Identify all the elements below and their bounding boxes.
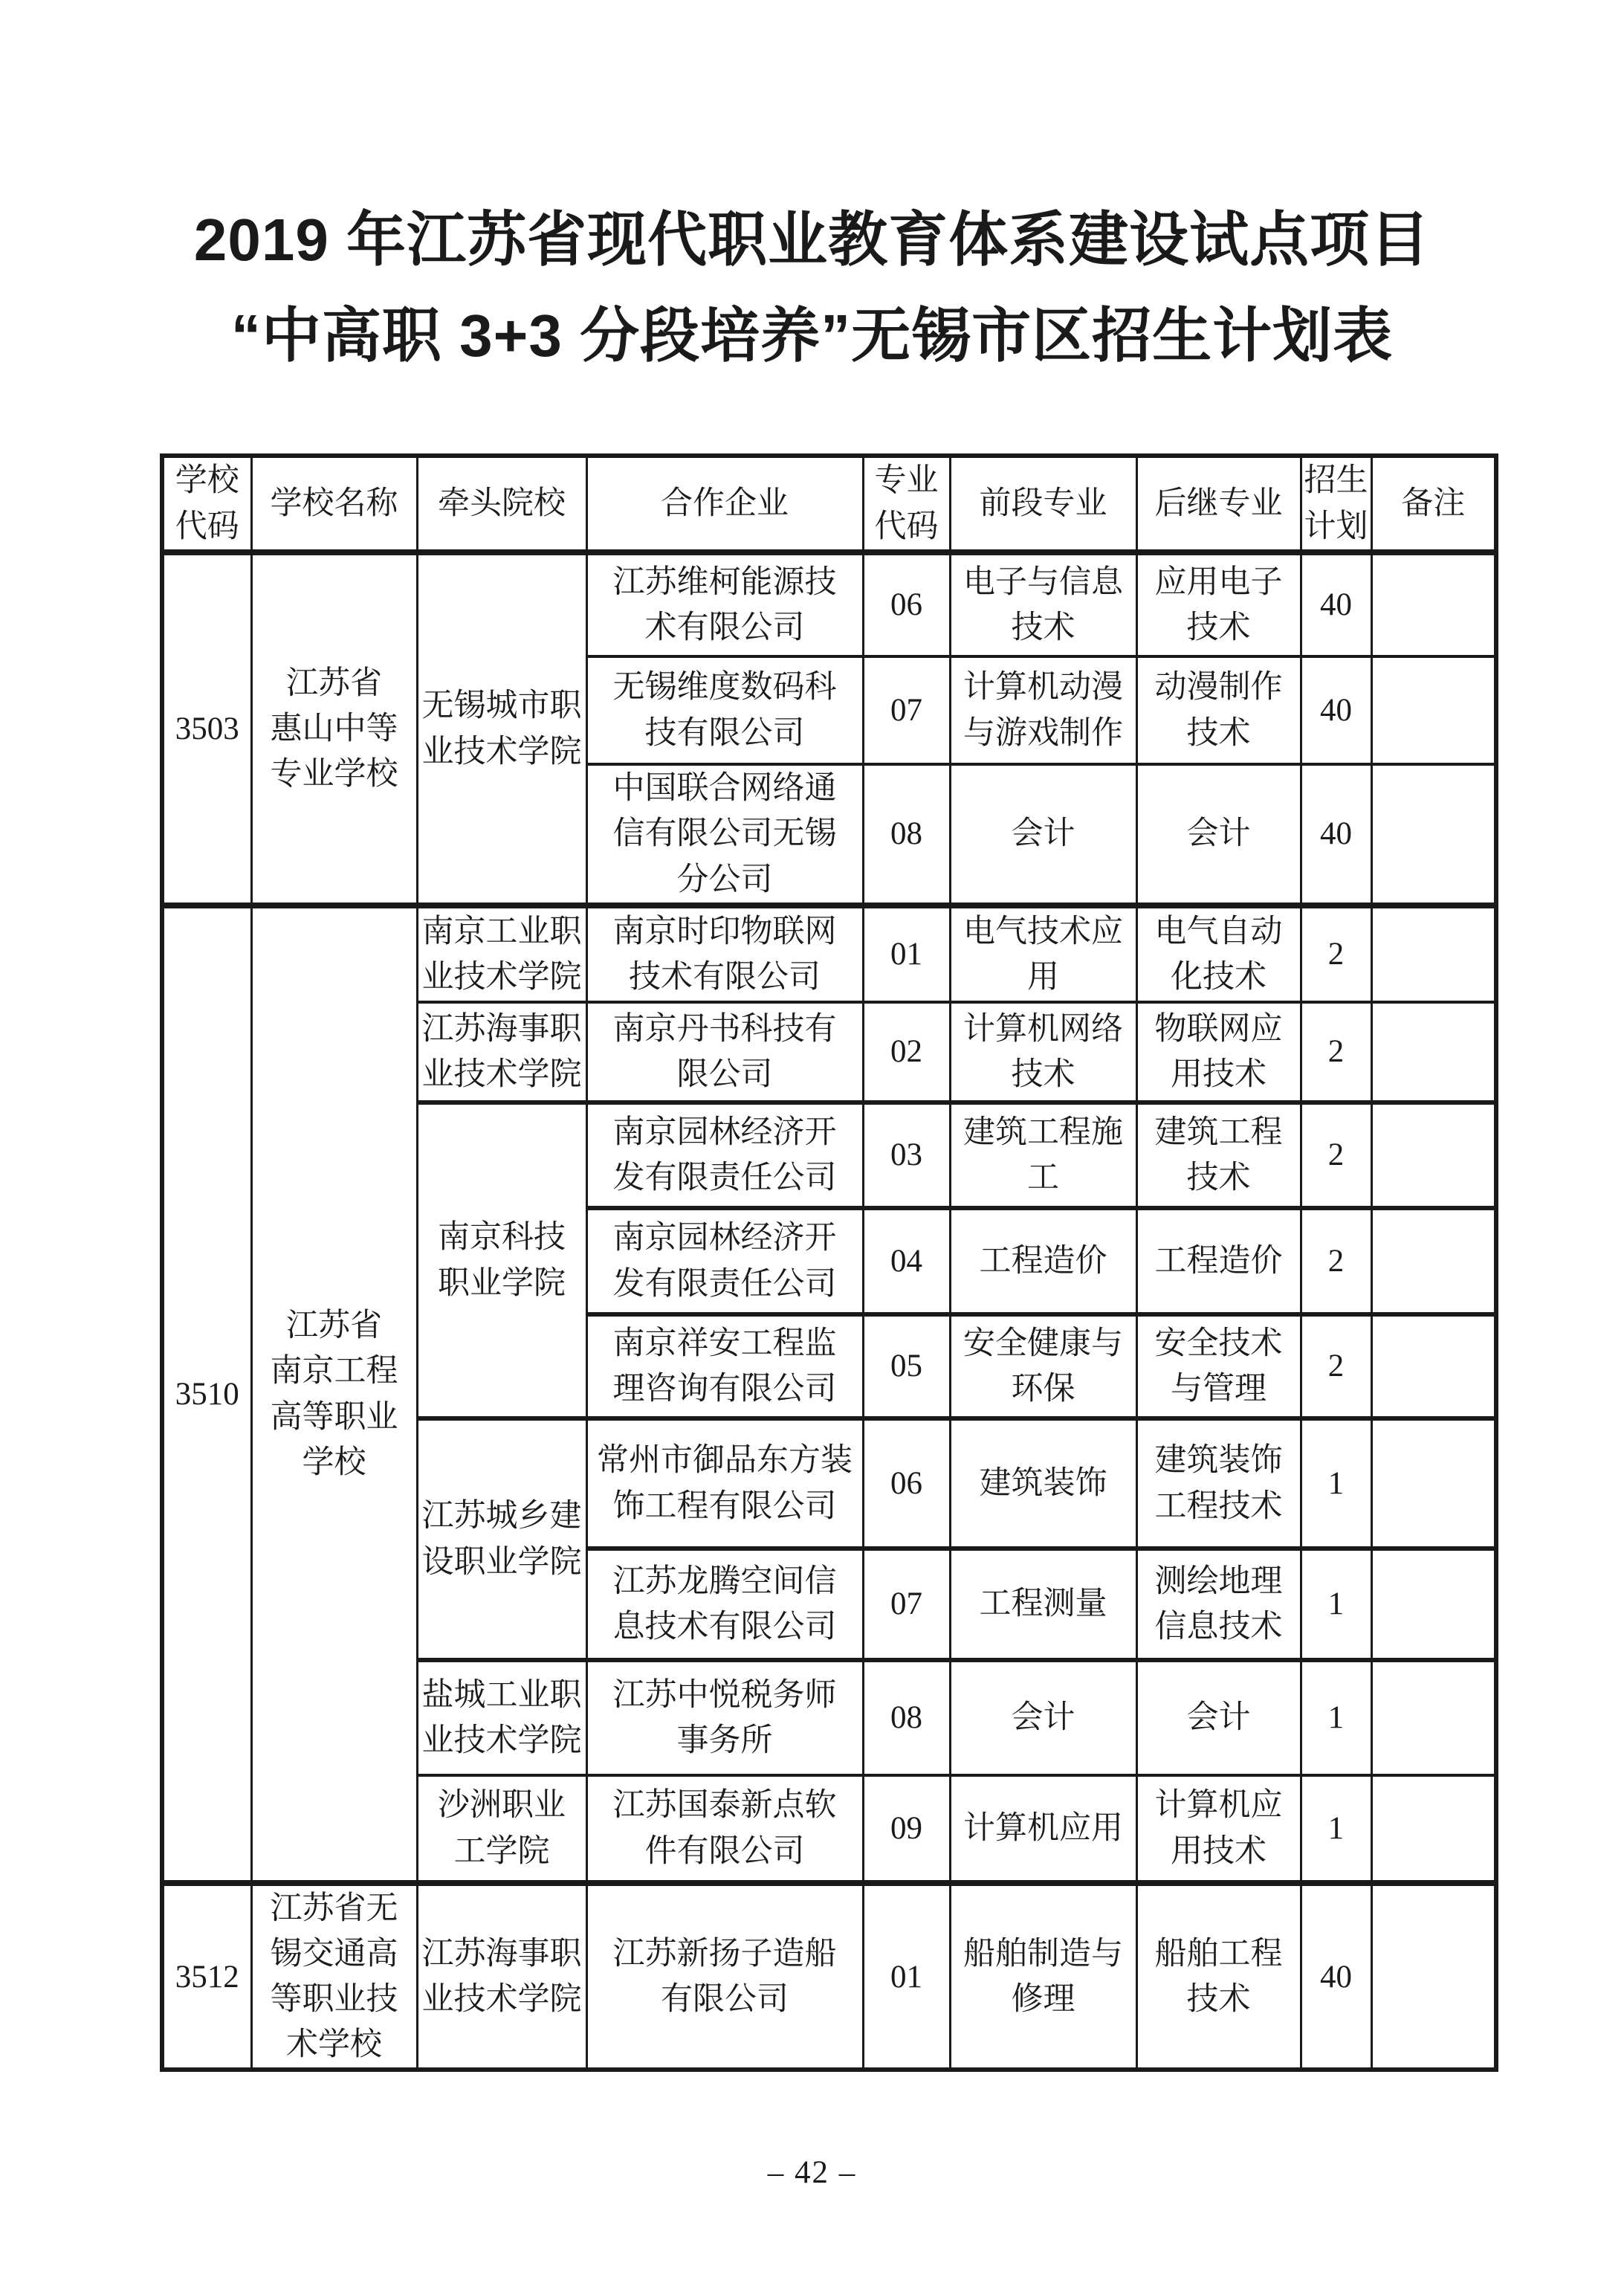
cell-follow-major: 物联网应 用技术: [1136, 1002, 1301, 1102]
cell-company: 常州市御品东方装 饰工程有限公司: [586, 1418, 863, 1549]
cell-school-code: 3503: [162, 552, 251, 905]
cell-lead-college: 江苏海事职 业技术学院: [417, 1883, 586, 2070]
table-header-row: 学校 代码 学校名称 牵头院校 合作企业 专业 代码 前段专业 后继专业 招生 …: [162, 456, 1496, 552]
column-header-major-code: 专业 代码: [863, 456, 950, 552]
cell-company: 南京园林经济开 发有限责任公司: [586, 1102, 863, 1208]
column-header-partner-company: 合作企业: [586, 456, 863, 552]
cell-front-major: 计算机动漫 与游戏制作: [950, 656, 1136, 764]
cell-follow-major: 应用电子 技术: [1136, 552, 1301, 656]
column-header-front-major: 前段专业: [950, 456, 1136, 552]
table-row: 3510 江苏省 南京工程 高等职业 学校 南京工业职 业技术学院 南京时印物联…: [162, 905, 1496, 1002]
cell-major-code: 05: [863, 1314, 950, 1418]
page-number: – 42 –: [0, 2154, 1624, 2191]
document-page: 2019 年江苏省现代职业教育体系建设试点项目 “中高职 3+3 分段培养”无锡…: [0, 0, 1624, 2283]
enrollment-plan-table: 学校 代码 学校名称 牵头院校 合作企业 专业 代码 前段专业 后继专业 招生 …: [160, 453, 1498, 2072]
cell-major-code: 06: [863, 1418, 950, 1549]
cell-remark: [1371, 1883, 1496, 2070]
column-header-remark: 备注: [1371, 456, 1496, 552]
table-row: 3503 江苏省 惠山中等 专业学校 无锡城市职 业技术学院 江苏维柯能源技 术…: [162, 552, 1496, 656]
cell-follow-major: 测绘地理 信息技术: [1136, 1549, 1301, 1660]
column-header-school-code: 学校 代码: [162, 456, 251, 552]
cell-major-code: 07: [863, 1549, 950, 1660]
cell-enroll-plan: 2: [1301, 1208, 1371, 1314]
cell-remark: [1371, 1102, 1496, 1208]
cell-front-major: 电子与信息 技术: [950, 552, 1136, 656]
cell-lead-college: 南京工业职 业技术学院: [417, 905, 586, 1002]
cell-lead-college: 盐城工业职 业技术学院: [417, 1660, 586, 1775]
cell-follow-major: 工程造价: [1136, 1208, 1301, 1314]
cell-follow-major: 电气自动 化技术: [1136, 905, 1301, 1002]
cell-company: 南京祥安工程监 理咨询有限公司: [586, 1314, 863, 1418]
cell-follow-major: 计算机应 用技术: [1136, 1775, 1301, 1883]
cell-school-code: 3510: [162, 905, 251, 1883]
cell-remark: [1371, 1208, 1496, 1314]
cell-remark: [1371, 905, 1496, 1002]
cell-follow-major: 建筑装饰 工程技术: [1136, 1418, 1301, 1549]
cell-lead-college: 无锡城市职 业技术学院: [417, 552, 586, 905]
cell-remark: [1371, 1549, 1496, 1660]
cell-major-code: 02: [863, 1002, 950, 1102]
cell-front-major: 建筑工程施 工: [950, 1102, 1136, 1208]
cell-follow-major: 安全技术 与管理: [1136, 1314, 1301, 1418]
cell-company: 江苏龙腾空间信 息技术有限公司: [586, 1549, 863, 1660]
cell-follow-major: 动漫制作 技术: [1136, 656, 1301, 764]
cell-lead-college: 沙洲职业 工学院: [417, 1775, 586, 1883]
cell-front-major: 计算机网络 技术: [950, 1002, 1136, 1102]
cell-front-major: 电气技术应 用: [950, 905, 1136, 1002]
cell-school-name: 江苏省 南京工程 高等职业 学校: [251, 905, 417, 1883]
cell-remark: [1371, 1418, 1496, 1549]
cell-front-major: 建筑装饰: [950, 1418, 1136, 1549]
cell-school-name: 江苏省无 锡交通高 等职业技 术学校: [251, 1883, 417, 2070]
document-title-line-2: “中高职 3+3 分段培养”无锡市区招生计划表: [0, 306, 1624, 366]
cell-follow-major: 船舶工程 技术: [1136, 1883, 1301, 2070]
cell-enroll-plan: 2: [1301, 905, 1371, 1002]
cell-major-code: 06: [863, 552, 950, 656]
cell-company: 南京园林经济开 发有限责任公司: [586, 1208, 863, 1314]
cell-company: 江苏维柯能源技 术有限公司: [586, 552, 863, 656]
cell-major-code: 03: [863, 1102, 950, 1208]
cell-company: 南京时印物联网 技术有限公司: [586, 905, 863, 1002]
cell-enroll-plan: 40: [1301, 1883, 1371, 2070]
cell-remark: [1371, 552, 1496, 656]
cell-enroll-plan: 1: [1301, 1418, 1371, 1549]
cell-enroll-plan: 40: [1301, 764, 1371, 905]
cell-company: 无锡维度数码科 技有限公司: [586, 656, 863, 764]
cell-company: 南京丹书科技有 限公司: [586, 1002, 863, 1102]
cell-remark: [1371, 656, 1496, 764]
column-header-lead-college: 牵头院校: [417, 456, 586, 552]
cell-front-major: 会计: [950, 764, 1136, 905]
cell-lead-college: 江苏城乡建 设职业学院: [417, 1418, 586, 1660]
cell-company: 江苏中悦税务师 事务所: [586, 1660, 863, 1775]
cell-school-code: 3512: [162, 1883, 251, 2070]
cell-company: 江苏国泰新点软 件有限公司: [586, 1775, 863, 1883]
cell-front-major: 安全健康与 环保: [950, 1314, 1136, 1418]
cell-company: 江苏新扬子造船 有限公司: [586, 1883, 863, 2070]
cell-enroll-plan: 40: [1301, 552, 1371, 656]
cell-major-code: 01: [863, 905, 950, 1002]
cell-major-code: 08: [863, 1660, 950, 1775]
cell-follow-major: 会计: [1136, 764, 1301, 905]
cell-enroll-plan: 2: [1301, 1314, 1371, 1418]
cell-remark: [1371, 1314, 1496, 1418]
cell-major-code: 04: [863, 1208, 950, 1314]
column-header-enroll-plan: 招生 计划: [1301, 456, 1371, 552]
cell-major-code: 09: [863, 1775, 950, 1883]
cell-remark: [1371, 1775, 1496, 1883]
document-title-line-1: 2019 年江苏省现代职业教育体系建设试点项目: [0, 210, 1624, 270]
cell-front-major: 计算机应用: [950, 1775, 1136, 1883]
column-header-follow-major: 后继专业: [1136, 456, 1301, 552]
cell-enroll-plan: 40: [1301, 656, 1371, 764]
cell-major-code: 08: [863, 764, 950, 905]
cell-major-code: 01: [863, 1883, 950, 2070]
cell-remark: [1371, 764, 1496, 905]
table-row: 3512 江苏省无 锡交通高 等职业技 术学校 江苏海事职 业技术学院 江苏新扬…: [162, 1883, 1496, 2070]
cell-remark: [1371, 1660, 1496, 1775]
cell-front-major: 会计: [950, 1660, 1136, 1775]
cell-lead-college: 江苏海事职 业技术学院: [417, 1002, 586, 1102]
cell-front-major: 船舶制造与 修理: [950, 1883, 1136, 2070]
cell-enroll-plan: 1: [1301, 1549, 1371, 1660]
cell-enroll-plan: 2: [1301, 1102, 1371, 1208]
cell-enroll-plan: 2: [1301, 1002, 1371, 1102]
cell-enroll-plan: 1: [1301, 1775, 1371, 1883]
cell-front-major: 工程造价: [950, 1208, 1136, 1314]
cell-enroll-plan: 1: [1301, 1660, 1371, 1775]
cell-major-code: 07: [863, 656, 950, 764]
cell-remark: [1371, 1002, 1496, 1102]
cell-front-major: 工程测量: [950, 1549, 1136, 1660]
cell-company: 中国联合网络通 信有限公司无锡 分公司: [586, 764, 863, 905]
cell-school-name: 江苏省 惠山中等 专业学校: [251, 552, 417, 905]
cell-follow-major: 会计: [1136, 1660, 1301, 1775]
cell-lead-college: 南京科技 职业学院: [417, 1102, 586, 1418]
column-header-school-name: 学校名称: [251, 456, 417, 552]
cell-follow-major: 建筑工程 技术: [1136, 1102, 1301, 1208]
